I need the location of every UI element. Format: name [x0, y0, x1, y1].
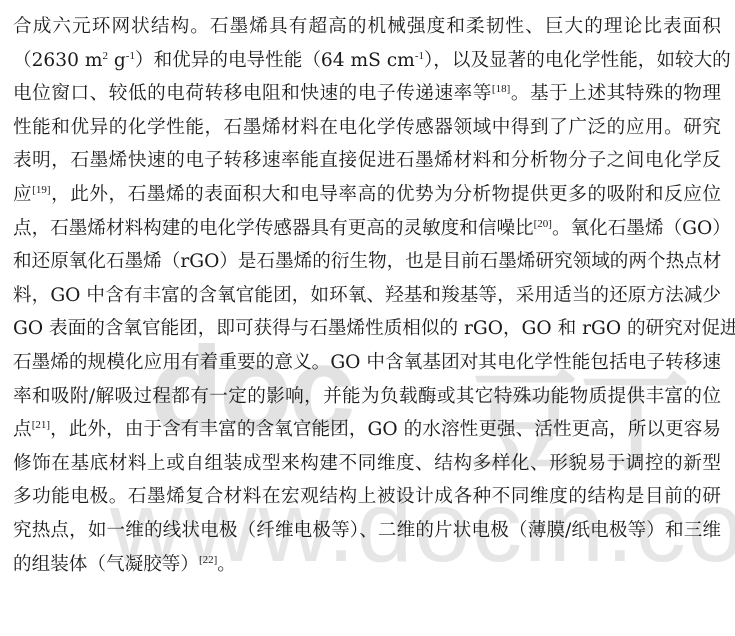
text-line: 和还原氧化石墨烯（rGO）是石墨烯的衍生物，也是目前石墨烯研究领域的两个热点材: [13, 245, 721, 279]
text-segment: 点: [13, 419, 32, 440]
text-segment: 表明，石墨烯快速的电子转移速率能直接促进石墨烯材料和分析物分子之间电化学反: [13, 150, 721, 171]
text-line: 合成六元环网状结构。石墨烯具有超高的机械强度和柔韧性、巨大的理论比表面积: [13, 10, 721, 44]
text-segment: 电位窗口、较低的电荷转移电阻和快速的电子传递速率等: [13, 83, 492, 104]
text-line: 修饰在基底材料上或自组装成型来构建不同维度、结构多样化、形貌易于调控的新型: [13, 447, 721, 481]
text-segment: 究热点，如一维的线状电极（纤维电极等）、二维的片状电极（薄膜/纸电极等）和三维: [13, 520, 721, 541]
text-segment: ），以及显著的电化学性能，如较大的: [424, 50, 731, 71]
unit-exponent: -1: [126, 50, 135, 62]
citation-superscript: [22]: [199, 554, 217, 566]
citation-superscript: [19]: [32, 184, 50, 196]
text-segment: 多功能电极。石墨烯复合材料在宏观结构上被设计成各种不同维度的结构是目前的研: [13, 486, 721, 507]
text-line: 究热点，如一维的线状电极（纤维电极等）、二维的片状电极（薄膜/纸电极等）和三维: [13, 514, 721, 548]
text-line: 的组装体（气凝胶等）[22]。: [13, 548, 721, 582]
text-segment: 的组装体（气凝胶等）: [13, 554, 199, 575]
text-line: 表明，石墨烯快速的电子转移速率能直接促进石墨烯材料和分析物分子之间电化学反: [13, 144, 721, 178]
text-segment: 料，GO 中含有丰富的含氧官能团，如环氧、羟基和羧基等，采用适当的还原方法减少: [13, 285, 721, 306]
text-line: 电位窗口、较低的电荷转移电阻和快速的电子传递速率等[18]。基于上述其特殊的物理: [13, 77, 721, 111]
text-segment: 。: [217, 554, 236, 575]
text-line: 应[19]，此外，石墨烯的表面积大和电导率高的优势为分析物提供更多的吸附和反应位: [13, 178, 721, 212]
citation-superscript: [20]: [534, 218, 552, 230]
text-segment: ，此外，由于含有丰富的含氧官能团，GO 的水溶性更强、活性更高，所以更容易: [50, 419, 721, 440]
text-line: 料，GO 中含有丰富的含氧官能团，如环氧、羟基和羧基等，采用适当的还原方法减少: [13, 279, 721, 313]
text-segment: 合成六元环网状结构。石墨烯具有超高的机械强度和柔韧性、巨大的理论比表面积: [13, 16, 721, 37]
document-body: 合成六元环网状结构。石墨烯具有超高的机械强度和柔韧性、巨大的理论比表面积（263…: [13, 10, 721, 581]
text-line: 点，石墨烯材料构建的电化学传感器具有更高的灵敏度和信噪比[20]。氧化石墨烯（G…: [13, 212, 721, 246]
unit-exponent: -1: [415, 50, 424, 62]
text-segment: 修饰在基底材料上或自组装成型来构建不同维度、结构多样化、形貌易于调控的新型: [13, 453, 721, 474]
text-segment: 率和吸附/解吸过程都有一定的影响，并能为负载酶或其它特殊功能物质提供丰富的位: [13, 386, 721, 407]
text-segment: （2630 m: [13, 50, 102, 71]
text-segment: 点，石墨烯材料构建的电化学传感器具有更高的灵敏度和信噪比: [13, 218, 534, 239]
text-line: （2630 m2 g-1）和优异的电导性能（64 mS cm-1），以及显著的电…: [13, 44, 721, 78]
text-segment: ，此外，石墨烯的表面积大和电导率高的优势为分析物提供更多的吸附和反应位: [51, 184, 722, 205]
text-line: 率和吸附/解吸过程都有一定的影响，并能为负载酶或其它特殊功能物质提供丰富的位: [13, 380, 721, 414]
text-line: 性能和优异的化学性能，石墨烯材料在电化学传感器领域中得到了广泛的应用。研究: [13, 111, 721, 145]
text-segment: GO 表面的含氧官能团，即可获得与石墨烯性质相似的 rGO，GO 和 rGO 的…: [13, 318, 735, 339]
text-line: GO 表面的含氧官能团，即可获得与石墨烯性质相似的 rGO，GO 和 rGO 的…: [13, 312, 721, 346]
text-segment: 性能和优异的化学性能，石墨烯材料在电化学传感器领域中得到了广泛的应用。研究: [13, 117, 721, 138]
text-segment: g: [108, 50, 126, 71]
citation-superscript: [21]: [32, 419, 50, 431]
text-segment: 。基于上述其特殊的物理: [510, 83, 721, 104]
text-segment: 和还原氧化石墨烯（rGO）是石墨烯的衍生物，也是目前石墨烯研究领域的两个热点材: [13, 251, 721, 272]
text-line: 多功能电极。石墨烯复合材料在宏观结构上被设计成各种不同维度的结构是目前的研: [13, 480, 721, 514]
text-segment: 应: [13, 184, 32, 205]
text-line: 石墨烯的规模化应用有着重要的意义。GO 中含氧基团对其电化学性能包括电子转移速: [13, 346, 721, 380]
text-line: 点[21]，此外，由于含有丰富的含氧官能团，GO 的水溶性更强、活性更高，所以更…: [13, 413, 721, 447]
text-segment: ）和优异的电导性能（64 mS cm: [135, 50, 415, 71]
text-segment: 。氧化石墨烯（GO）: [552, 218, 731, 239]
text-segment: 石墨烯的规模化应用有着重要的意义。GO 中含氧基团对其电化学性能包括电子转移速: [13, 352, 721, 373]
citation-superscript: [18]: [492, 83, 510, 95]
